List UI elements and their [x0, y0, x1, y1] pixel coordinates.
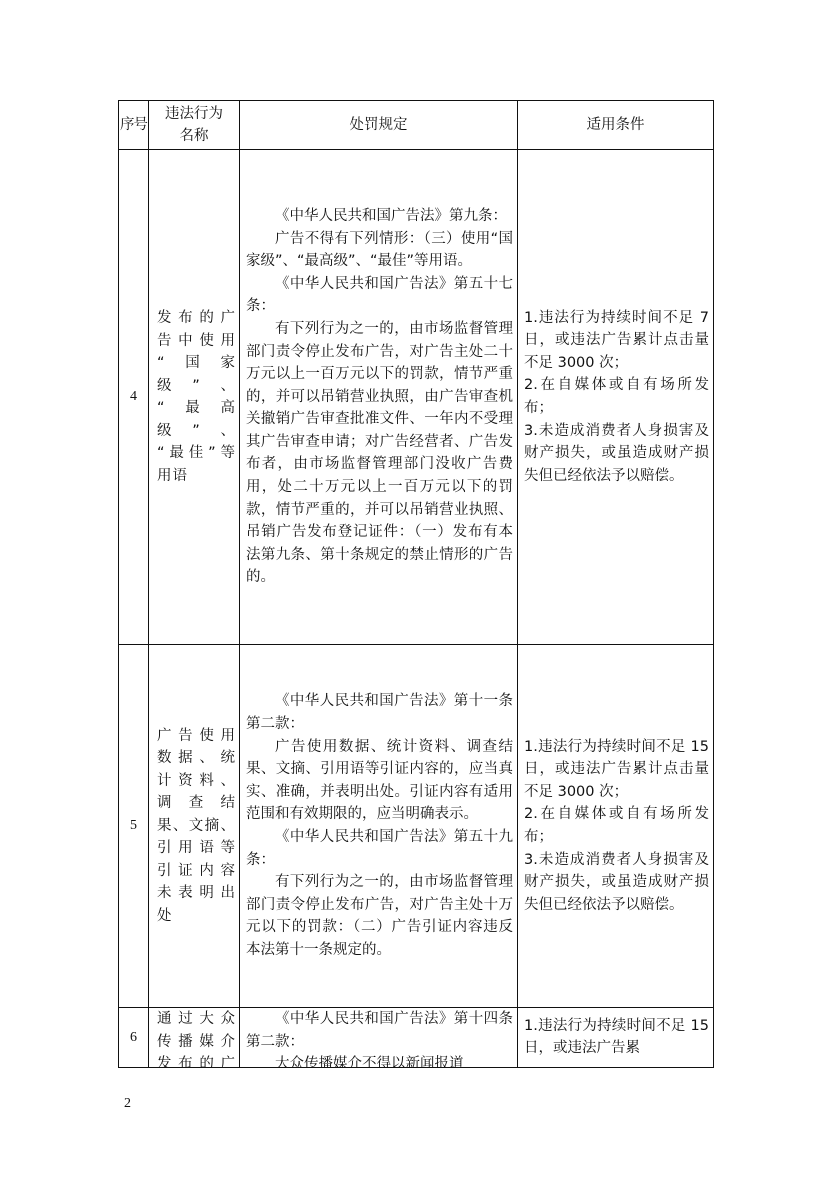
header-violation-name: 违法行为 名称 — [149, 101, 240, 150]
applicable-conditions: 1.违法行为持续时间不足 7 日，或违法广告累计点击量不足 3000 次； 2.… — [518, 150, 714, 645]
violation-name-line: “最佳”等 — [157, 442, 236, 465]
condition-item: 2.在自媒体或自有场所发布； — [524, 803, 709, 848]
violation-name: 发布的广 告中使用 “国家级”、 “最高级”、 “最佳”等 用语 — [149, 150, 240, 645]
page-number: 2 — [124, 1096, 131, 1112]
penalty-paragraph: 大众传播媒介不得以新闻报道 — [246, 1053, 513, 1067]
penalty-clip: 《中华人民共和国广告法》第十四条第二款： 大众传播媒介不得以新闻报道 — [246, 1008, 513, 1067]
violation-name-line: 传播媒介 — [157, 1031, 236, 1054]
conditions-clip: 1.违法行为持续时间不足 15 日，或违法广告累 — [524, 1015, 709, 1061]
violation-name-line: 发布的广 — [157, 1053, 236, 1067]
violation-name-line: 调查结 — [157, 792, 236, 815]
row-serial-number: 6 — [119, 1008, 149, 1068]
violation-name-line: 处 — [157, 905, 236, 928]
violation-name-line: 告中使用 — [157, 330, 236, 353]
row-serial-number: 4 — [119, 150, 149, 645]
penalty-paragraph: 广告不得有下列情形：（三）使用“国家级”、“最高级”、“最佳”等用语。 — [246, 228, 513, 273]
violation-name: 通过大众 传播媒介 发布的广 — [149, 1008, 240, 1068]
penalty-provisions: 《中华人民共和国广告法》第十一条第二款： 广告使用数据、统计资料、调查结果、文摘… — [240, 645, 518, 1008]
table-row: 4 发布的广 告中使用 “国家级”、 “最高级”、 “最佳”等 用语 《中华人民… — [119, 150, 714, 645]
header-applicable-conditions: 适用条件 — [518, 101, 714, 150]
penalty-paragraph: 广告使用数据、统计资料、调查结果、文摘、引用语等引证内容的，应当真实、准确，并表… — [246, 736, 513, 826]
violation-name-line: 通过大众 — [157, 1008, 236, 1031]
applicable-conditions: 1.违法行为持续时间不足 15 日，或违法广告累 — [518, 1008, 714, 1068]
violation-name-line: 数据、统 — [157, 747, 236, 770]
condition-item: 1.违法行为持续时间不足 15 日，或违法广告累计点击量不足 3000 次； — [524, 736, 709, 804]
violation-name-line: “最高级”、 — [157, 397, 236, 442]
penalty-provisions: 《中华人民共和国广告法》第十四条第二款： 大众传播媒介不得以新闻报道 — [240, 1008, 518, 1068]
violation-name: 广告使用 数据、统 计资料、 调查结 果、文摘、 引用语等 引证内容 未表明出 … — [149, 645, 240, 1008]
violation-name-line: 用语 — [157, 465, 236, 488]
penalty-paragraph: 《中华人民共和国广告法》第五十九条： — [246, 826, 513, 871]
header-violation-name-line1: 违法行为 — [149, 103, 239, 125]
violation-name-clip: 通过大众 传播媒介 发布的广 — [157, 1008, 236, 1067]
table-row: 6 通过大众 传播媒介 发布的广 《中华人民共和国广告法》第十四条第二款： 大众… — [119, 1008, 714, 1068]
penalty-paragraph: 有下列行为之一的，由市场监督管理部门责令停止发布广告，对广告主处二十万元以上一百… — [246, 318, 513, 589]
violation-name-line: 未表明出 — [157, 882, 236, 905]
penalty-paragraph: 有下列行为之一的，由市场监督管理部门责令停止发布广告，对广告主处十万元以下的罚款… — [246, 871, 513, 961]
applicable-conditions: 1.违法行为持续时间不足 15 日，或违法广告累计点击量不足 3000 次； 2… — [518, 645, 714, 1008]
condition-item: 3.未造成消费者人身损害及财产损失，或虽造成财产损失但已经依法予以赔偿。 — [524, 849, 709, 917]
penalty-paragraph: 《中华人民共和国广告法》第九条： — [246, 205, 513, 228]
condition-item: 2.在自媒体或自有场所发布； — [524, 374, 709, 419]
penalty-paragraph: 《中华人民共和国广告法》第十四条第二款： — [246, 1008, 513, 1053]
violation-name-line: 计资料、 — [157, 770, 236, 793]
violation-name-line: 引证内容 — [157, 860, 236, 883]
condition-item: 3.未造成消费者人身损害及财产损失，或虽造成财产损失但已经依法予以赔偿。 — [524, 420, 709, 488]
penalty-paragraph: 《中华人民共和国广告法》第五十七条： — [246, 273, 513, 318]
violation-name-line: “国家级”、 — [157, 352, 236, 397]
header-violation-name-line2: 名称 — [149, 125, 239, 147]
penalty-provisions: 《中华人民共和国广告法》第九条： 广告不得有下列情形：（三）使用“国家级”、“最… — [240, 150, 518, 645]
violation-name-line: 广告使用 — [157, 725, 236, 748]
condition-item: 1.违法行为持续时间不足 7 日，或违法广告累计点击量不足 3000 次； — [524, 307, 709, 375]
violation-name-line: 发布的广 — [157, 307, 236, 330]
condition-item: 1.违法行为持续时间不足 15 日，或违法广告累 — [524, 1015, 709, 1060]
violation-name-line: 果、文摘、 — [157, 815, 236, 838]
row-serial-number: 5 — [119, 645, 149, 1008]
header-serial-number: 序号 — [119, 101, 149, 150]
violation-name-line: 引用语等 — [157, 837, 236, 860]
table-row: 5 广告使用 数据、统 计资料、 调查结 果、文摘、 引用语等 引证内容 未表明… — [119, 645, 714, 1008]
penalty-paragraph: 《中华人民共和国广告法》第十一条第二款： — [246, 690, 513, 735]
penalty-table: 序号 违法行为 名称 处罚规定 适用条件 4 发布的广 告中使用 “国家级”、 … — [118, 100, 714, 1068]
table-header-row: 序号 违法行为 名称 处罚规定 适用条件 — [119, 101, 714, 150]
header-penalty-provisions: 处罚规定 — [240, 101, 518, 150]
